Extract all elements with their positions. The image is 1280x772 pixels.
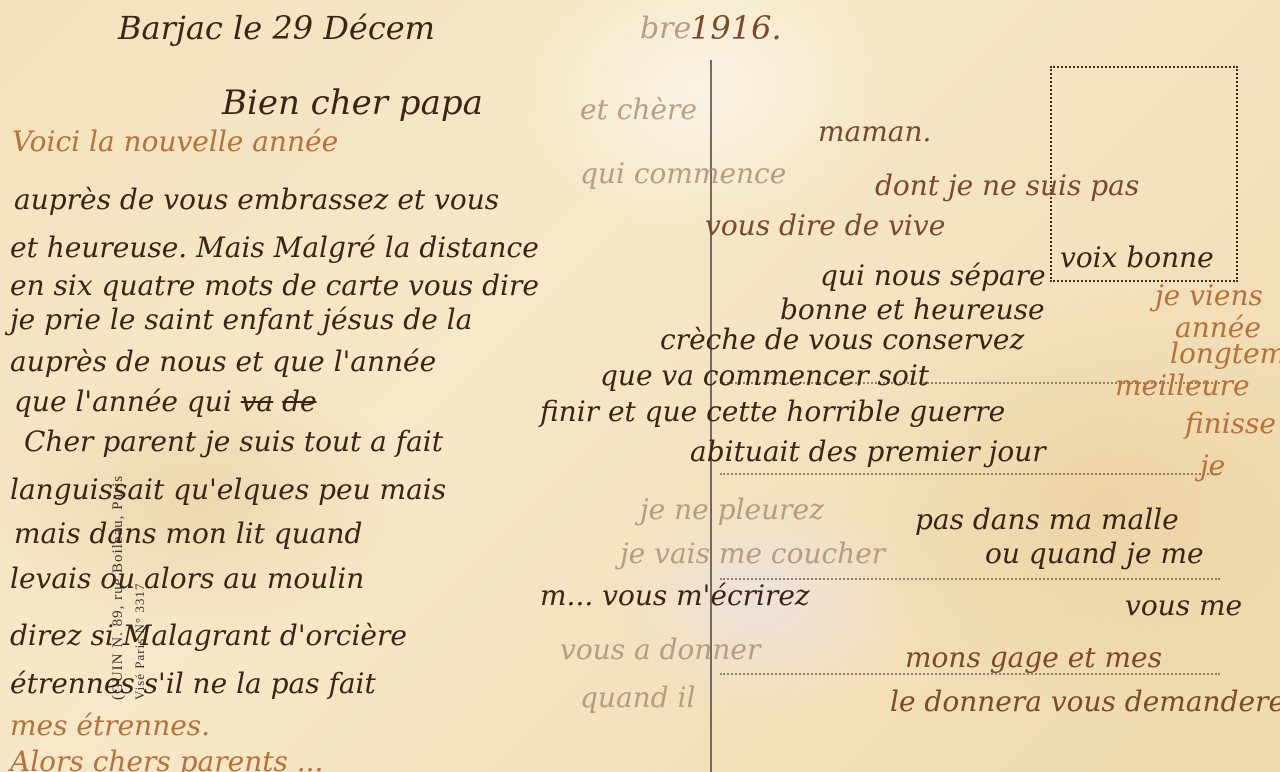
line-1-end: dont je ne suis pas xyxy=(875,172,1139,200)
struck-word: va xyxy=(241,385,274,418)
line-7-start: que l'année qui va de xyxy=(14,388,317,416)
line-10-end: ou quand je me xyxy=(985,540,1204,568)
line-10-mid: je vais me coucher xyxy=(620,540,885,568)
struck-word: de xyxy=(282,385,317,418)
salutation-end: maman. xyxy=(818,118,931,146)
line-3-end: je viens xyxy=(1155,282,1263,310)
line-12-end: mons gage et mes xyxy=(905,644,1162,672)
line-11-end: vous me xyxy=(1125,592,1242,620)
line-4-mid: bonne et heureuse xyxy=(780,296,1045,324)
line-13-mid: quand il xyxy=(580,684,695,712)
salutation: Bien cher papa xyxy=(222,86,483,120)
line-2-end: voix bonne xyxy=(1060,244,1214,272)
year: 1916. xyxy=(690,12,782,44)
line-10-start: mais dans mon lit quand xyxy=(14,520,362,548)
line-9-start: languissait qu'elques peu mais xyxy=(10,476,446,504)
line-15: Alors chers parents ... xyxy=(10,748,323,772)
line-5-mid: crèche de vous conservez xyxy=(660,326,1024,354)
line-8-start: Cher parent je suis tout a fait xyxy=(24,428,443,456)
line-2-start: auprès de vous embrassez et vous xyxy=(14,186,499,214)
line-13-end: le donnera vous demanderez xyxy=(890,688,1280,716)
line-7-mid: finir et que cette horrible guerre xyxy=(540,398,1005,426)
line-14: mes étrennes. xyxy=(10,712,210,740)
address-line xyxy=(720,473,1220,475)
line-12-start: direz si Malagrant d'orcière xyxy=(10,622,407,650)
postcard: (GUIN N. 89, rue Boileau, Paris Visé Par… xyxy=(0,0,1280,772)
line-13-start: étrennes s'il ne la pas fait xyxy=(10,670,376,698)
line-6-start: auprès de nous et que l'année xyxy=(10,348,436,376)
line-6-mid: que va commencer soit xyxy=(600,362,929,390)
line-3-start: et heureuse. Mais Malgré la distance xyxy=(10,234,539,262)
line-5-start: je prie le saint enfant jésus de la xyxy=(10,306,472,334)
line-1-start: Voici la nouvelle année xyxy=(12,128,338,156)
line-8-mid: abituait des premier jour xyxy=(690,438,1046,466)
line-11-start: levais ou alors au moulin xyxy=(10,565,364,593)
line-4-start: en six quatre mots de carte vous dire xyxy=(10,272,539,300)
place-date-faded: bre xyxy=(640,14,691,44)
line-9-mid: je ne pleurez xyxy=(640,496,824,524)
line-8-end: je xyxy=(1200,452,1225,480)
line-6-end: meilleure xyxy=(1115,372,1250,400)
line-1-mid: qui commence xyxy=(580,160,786,188)
line-12-mid: vous a donner xyxy=(560,636,760,664)
place-date: Barjac le 29 Décem xyxy=(118,12,435,44)
line-2-mid: vous dire de vive xyxy=(705,212,945,240)
line-5-end: longtemps xyxy=(1170,340,1280,368)
line-7-end: finisse xyxy=(1185,410,1276,438)
line-11-mid: m... vous m'écrirez xyxy=(540,582,810,610)
line-3-mid: qui nous sépare xyxy=(820,262,1046,290)
salutation-faded: et chère xyxy=(580,96,697,124)
line-9-end: pas dans ma malle xyxy=(915,506,1179,534)
